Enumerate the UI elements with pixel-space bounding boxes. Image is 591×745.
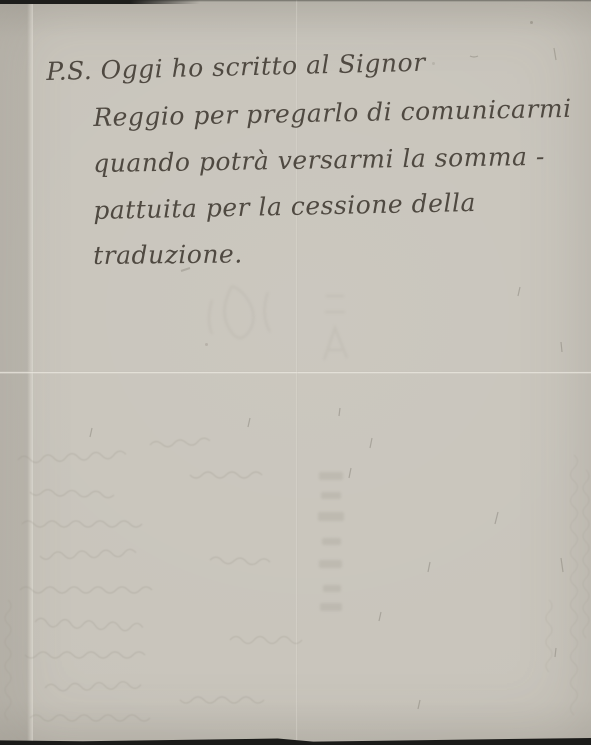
paper-fleck [432,62,435,65]
handwriting-line-1: P.S. Oggi ho scritto al Signor [46,48,426,86]
scan-edge-top-left [0,0,200,4]
handwriting-line-2: Reggio per pregarlo di comunicarmi [93,94,572,132]
handwriting-line-3: quando potrà versarmi la somma - [93,142,545,178]
scanned-letter-page: P.S. Oggi ho scritto al Signor Reggio pe… [0,0,591,745]
ghost-loops-center [209,286,270,338]
paper-fleck [205,343,208,346]
ghost-stamp-lower [318,472,344,611]
paper-fleck [530,21,533,24]
ghost-handwriting-bottom-left [5,438,302,721]
ghost-handwriting-right-edge [546,455,589,715]
handwriting-line-4: pattuita per la cessione della [93,188,476,225]
ghost-stamp-upper [324,296,347,360]
handwriting-line-5: traduzione. [93,239,243,270]
